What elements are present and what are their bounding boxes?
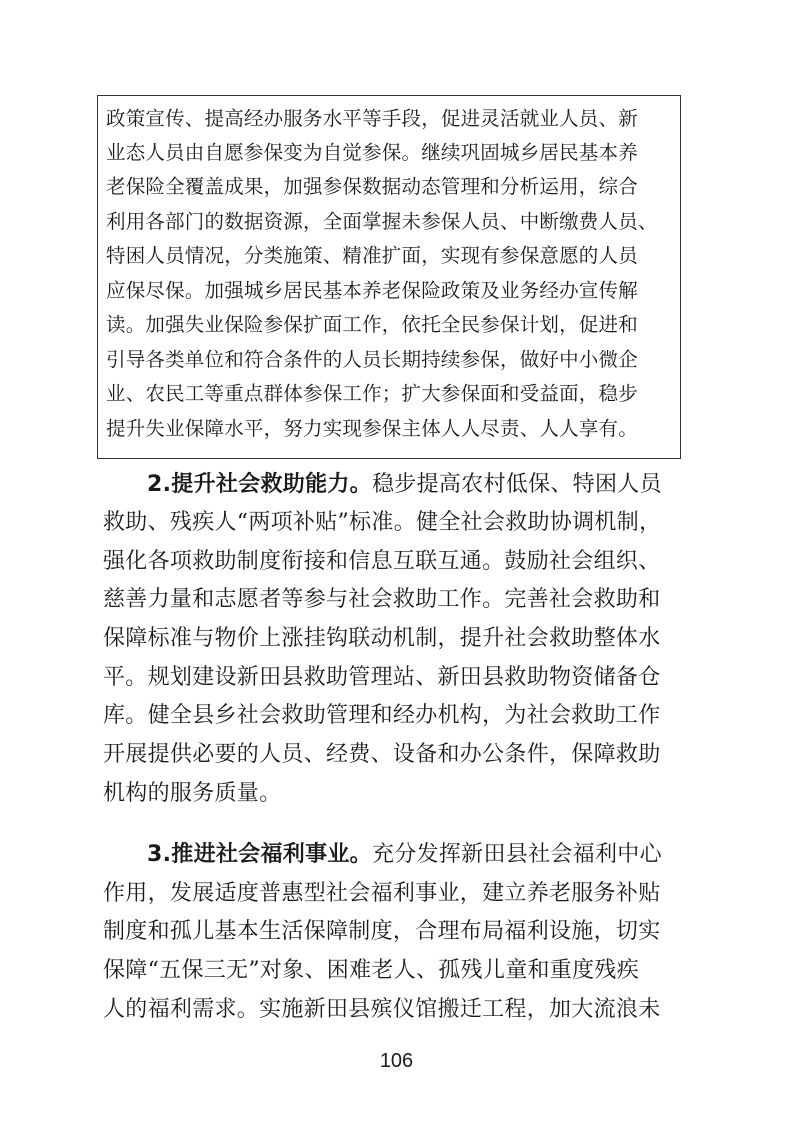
boxed-line: 利用各部门的数据资源，全面掌握未参保人员、中断缴费人员、: [106, 210, 676, 234]
body-line: 强化各项救助制度衔接和信息互联互通。鼓励社会组织、: [103, 548, 693, 576]
section-3-heading: 3.推进社会福利事业。: [147, 842, 372, 867]
boxed-line: 应保尽保。加强城乡居民基本养老保险政策及业务经办宣传解: [106, 279, 676, 303]
body-line: 机构的服务质量。: [103, 780, 693, 808]
body-line: 制度和孤儿基本生活保障制度，合理布局福利设施，切实: [103, 918, 693, 946]
section-3-text: 充分发挥新田县社会福利中心: [372, 842, 662, 867]
boxed-line: 业态人员由自愿参保变为自觉参保。继续巩固城乡居民基本养: [106, 141, 676, 165]
section-2-heading: 2.提升社会救助能力。: [147, 472, 372, 497]
body-line: 救助、残疾人“两项补贴”标准。健全社会救助协调机制，: [103, 509, 693, 537]
boxed-line: 提升失业保障水平，努力实现参保主体人人尽责、人人享有。: [106, 417, 676, 441]
body-line: 保障“五保三无”对象、困难老人、孤残儿童和重度残疾: [103, 957, 693, 985]
section-3-first-line: 3.推进社会福利事业。充分发挥新田县社会福利中心: [147, 841, 737, 869]
body-line: 慈善力量和志愿者等参与社会救助工作。完善社会救助和: [103, 586, 693, 614]
body-line: 人的福利需求。实施新田县殡仪馆搬迁工程，加大流浪未: [103, 996, 693, 1024]
section-2-text: 稳步提高农村低保、特困人员: [372, 472, 662, 497]
boxed-line: 业、农民工等重点群体参保工作；扩大参保面和受益面，稳步: [106, 382, 676, 406]
body-line: 库。健全县乡社会救助管理和经办机构，为社会救助工作: [103, 702, 693, 730]
body-line: 保障标准与物价上涨挂钩联动机制，提升社会救助整体水: [103, 625, 693, 653]
page-number: 106: [0, 1050, 793, 1073]
boxed-line: 读。加强失业保险参保扩面工作，依托全民参保计划，促进和: [106, 313, 676, 337]
body-line: 开展提供必要的人员、经费、设备和办公条件，保障救助: [103, 741, 693, 769]
boxed-line: 特困人员情况，分类施策、精准扩面，实现有参保意愿的人员: [106, 244, 676, 268]
body-line: 作用，发展适度普惠型社会福利事业，建立养老服务补贴: [103, 880, 693, 908]
section-2-first-line: 2.提升社会救助能力。稳步提高农村低保、特困人员: [147, 471, 737, 499]
body-line: 平。规划建设新田县救助管理站、新田县救助物资储备仓: [103, 664, 693, 692]
boxed-text-block: 政策宣传、提高经办服务水平等手段，促进灵活就业人员、新 业态人员由自愿参保变为自…: [97, 95, 681, 459]
boxed-line: 引导各类单位和符合条件的人员长期持续参保，做好中小微企: [106, 348, 676, 372]
boxed-line: 老保险全覆盖成果，加强参保数据动态管理和分析运用，综合: [106, 175, 676, 199]
boxed-line: 政策宣传、提高经办服务水平等手段，促进灵活就业人员、新: [106, 107, 676, 131]
